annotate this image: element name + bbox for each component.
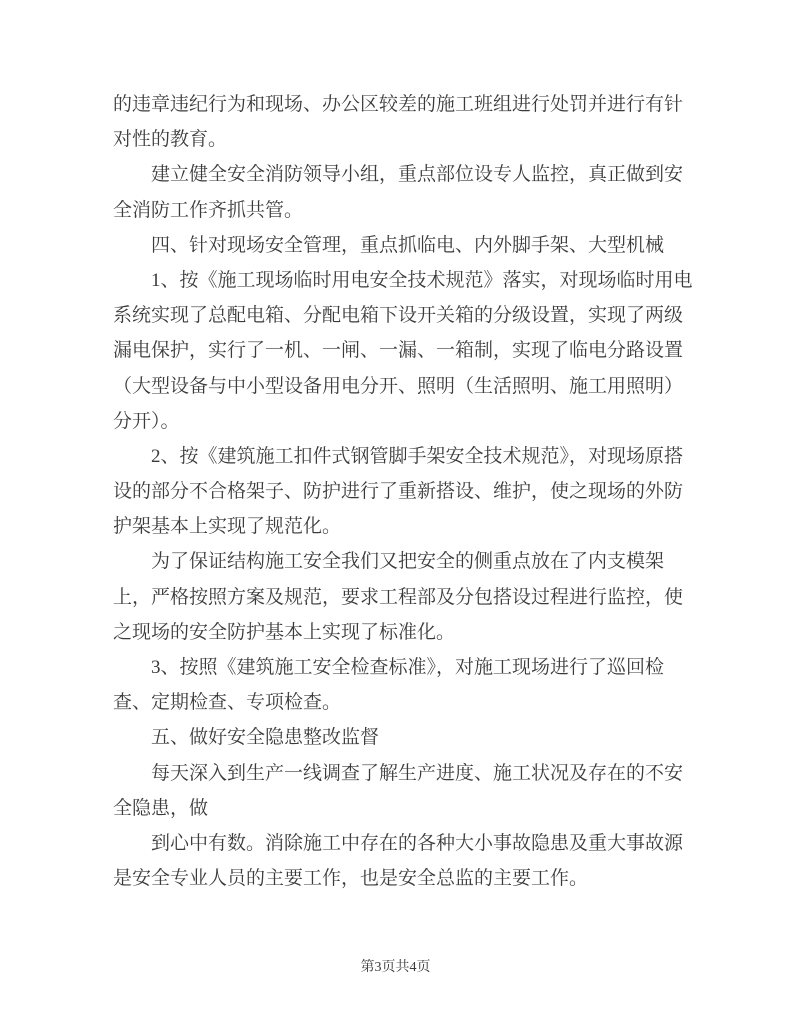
text-line: （大型设备与中小型设备用电分开、照明（生活照明、施工用照明） <box>113 369 698 404</box>
text-line: 建立健全安全消防领导小组，重点部位设专人监控，真正做到安 <box>113 157 698 192</box>
text-line: 系统实现了总配电箱、分配电箱下设开关箱的分级设置，实现了两级 <box>113 298 698 333</box>
text-line: 护架基本上实现了规范化。 <box>113 509 698 544</box>
text-line: 到心中有数。消除施工中存在的各种大小事故隐患及重大事故源 <box>113 826 698 861</box>
text-line: 四、针对现场安全管理，重点抓临电、内外脚手架、大型机械 <box>113 228 698 263</box>
text-line: 上，严格按照方案及规范，要求工程部及分包搭设过程进行监控，使 <box>113 580 698 615</box>
text-line: 的违章违纪行为和现场、办公区较差的施工班组进行处罚并进行有针 <box>113 87 698 122</box>
text-line: 设的部分不合格架子、防护进行了重新搭设、维护，使之现场的外防 <box>113 474 698 509</box>
document-body: 的违章违纪行为和现场、办公区较差的施工班组进行处罚并进行有针对性的教育。建立健全… <box>113 87 698 896</box>
text-line: 为了保证结构施工安全我们又把安全的侧重点放在了内支模架 <box>113 544 698 579</box>
page-number: 第3页共4页 <box>0 956 791 976</box>
text-line: 是安全专业人员的主要工作，也是安全总监的主要工作。 <box>113 861 698 896</box>
text-line: 3、按照《建筑施工安全检查标准》，对施工现场进行了巡回检 <box>113 650 698 685</box>
text-line: 查、定期检查、专项检查。 <box>113 685 698 720</box>
text-line: 1、按《施工现场临时用电安全技术规范》落实，对现场临时用电 <box>113 263 698 298</box>
text-line: 每天深入到生产一线调查了解生产进度、施工状况及存在的不安 <box>113 756 698 791</box>
document-page: 的违章违纪行为和现场、办公区较差的施工班组进行处罚并进行有针对性的教育。建立健全… <box>0 0 791 1024</box>
text-line: 五、做好安全隐患整改监督 <box>113 720 698 755</box>
text-line: 全隐患，做 <box>113 791 698 826</box>
text-line: 分开）。 <box>113 404 698 439</box>
text-line: 之现场的安全防护基本上实现了标准化。 <box>113 615 698 650</box>
text-line: 漏电保护，实行了一机、一闸、一漏、一箱制，实现了临电分路设置 <box>113 333 698 368</box>
text-line: 全消防工作齐抓共管。 <box>113 193 698 228</box>
text-line: 2、按《建筑施工扣件式钢管脚手架安全技术规范》，对现场原搭 <box>113 439 698 474</box>
text-line: 对性的教育。 <box>113 122 698 157</box>
